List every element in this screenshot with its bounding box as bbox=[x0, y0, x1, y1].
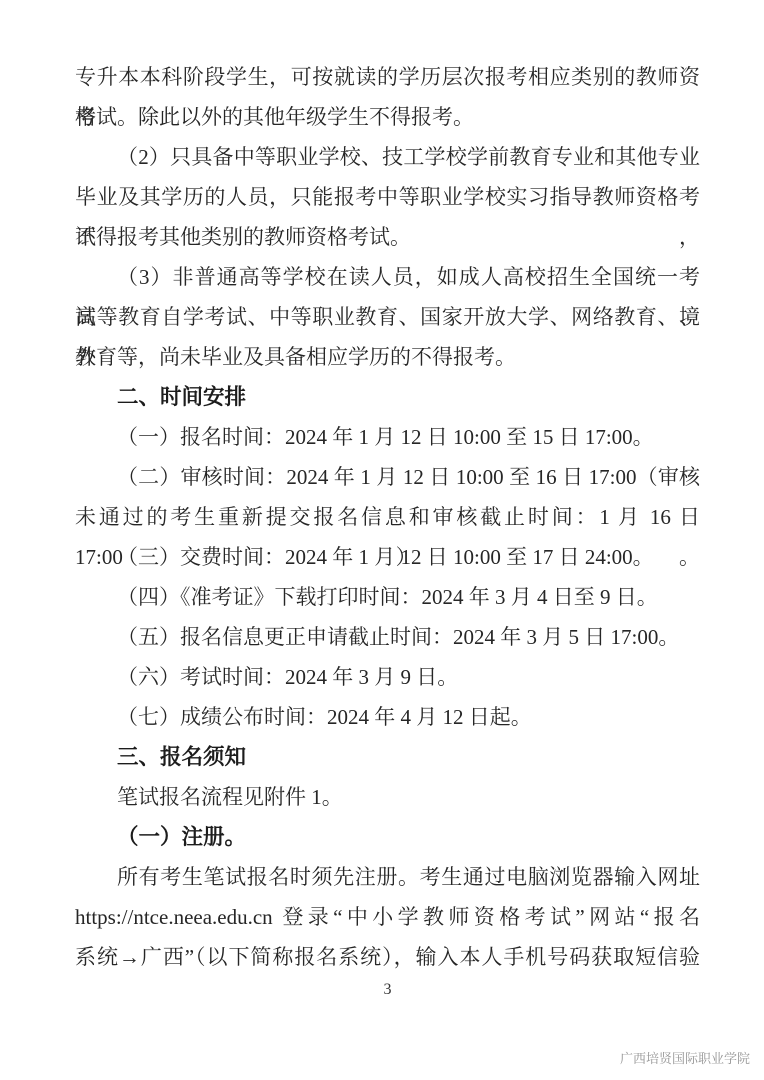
text-line: （四）《准考证》下载打印时间：2024 年 3 月 4 日至 9 日。 bbox=[75, 577, 700, 617]
text-line: （2）只具备中等职业学校、技工学校学前教育专业和其他专业 bbox=[75, 137, 700, 177]
text-line: （3）非普通高等学校在读人员，如成人高校招生全国统一考试、 bbox=[75, 257, 700, 297]
heading-line: （一）注册。 bbox=[75, 817, 700, 857]
watermark-text: 广西培贤国际职业学院 bbox=[620, 1050, 750, 1068]
text-line: 笔试报名流程见附件 1。 bbox=[75, 777, 700, 817]
text-line: （三）交费时间：2024 年 1 月 12 日 10:00 至 17 日 24:… bbox=[75, 537, 700, 577]
text-line: （二）审核时间：2024 年 1 月 12 日 10:00 至 16 日 17:… bbox=[75, 457, 700, 497]
text-line: （五）报名信息更正申请截止时间：2024 年 3 月 5 日 17:00。 bbox=[75, 617, 700, 657]
heading-line: 二、时间安排 bbox=[75, 377, 700, 417]
document-body: 专升本本科阶段学生，可按就读的学历层次报考相应类别的教师资格考试。除此以外的其他… bbox=[75, 57, 700, 977]
text-line: 所有考生笔试报名时须先注册。考生通过电脑浏览器输入网址 bbox=[75, 857, 700, 897]
text-line: 系统→广西”（以下简称报名系统），输入本人手机号码获取短信验 bbox=[75, 937, 700, 977]
text-line: 未通过的考生重新提交报名信息和审核截止时间：1 月 16 日 17:00）。 bbox=[75, 497, 700, 537]
text-line: （七）成绩公布时间：2024 年 4 月 12 日起。 bbox=[75, 697, 700, 737]
text-line: （一）报名时间：2024 年 1 月 12 日 10:00 至 15 日 17:… bbox=[75, 417, 700, 457]
text-line: 专升本本科阶段学生，可按就读的学历层次报考相应类别的教师资格 bbox=[75, 57, 700, 97]
text-line: 高等教育自学考试、中等职业教育、国家开放大学、网络教育、境外 bbox=[75, 297, 700, 337]
text-line: https://ntce.neea.edu.cn 登录“中小学教师资格考试”网站… bbox=[75, 897, 700, 937]
document-page: 专升本本科阶段学生，可按就读的学历层次报考相应类别的教师资格考试。除此以外的其他… bbox=[0, 0, 764, 1080]
heading-line: 三、报名须知 bbox=[75, 737, 700, 777]
text-line: 考试。除此以外的其他年级学生不得报考。 bbox=[75, 97, 700, 137]
text-line: 教育等，尚未毕业及具备相应学历的不得报考。 bbox=[75, 337, 700, 377]
page-number: 3 bbox=[75, 978, 700, 1002]
text-line: 毕业及其学历的人员，只能报考中等职业学校实习指导教师资格考试， bbox=[75, 177, 700, 217]
text-line: （六）考试时间：2024 年 3 月 9 日。 bbox=[75, 657, 700, 697]
